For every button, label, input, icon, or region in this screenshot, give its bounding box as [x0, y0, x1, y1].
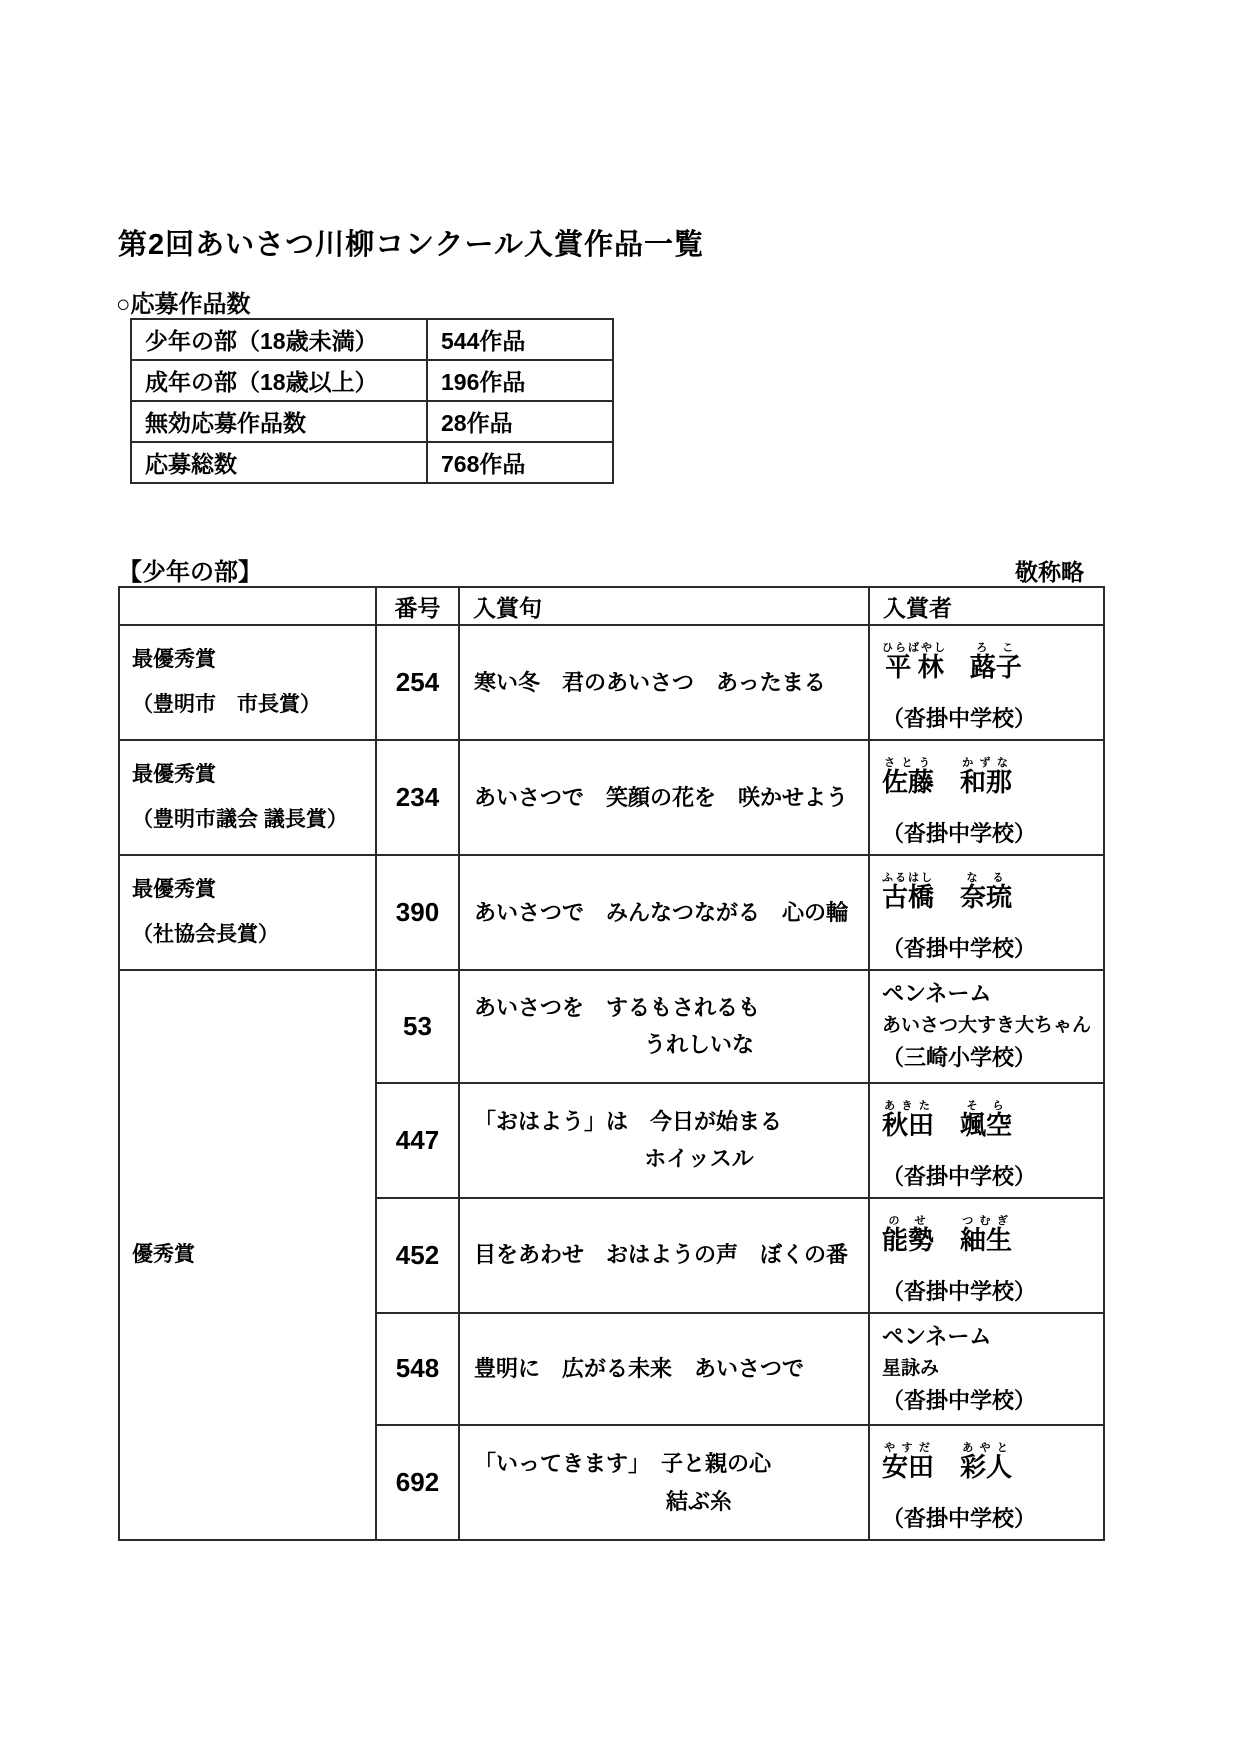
awards-table-row: 最優秀賞（豊明市 市長賞）254寒い冬 君のあいさつ あったまる平林ひらばやし …	[119, 625, 1104, 740]
winner-name: 秋田あきた 颯空そら	[882, 1100, 1091, 1142]
awards-table: 番号 入賞句 入賞者 最優秀賞（豊明市 市長賞）254寒い冬 君のあいさつ あっ…	[118, 586, 1105, 1541]
winner-name-base: 彩人	[960, 1452, 1012, 1482]
winner-furigana: さとう	[882, 757, 934, 769]
pen-name: あいさつ大すき大ちゃん	[882, 1011, 1091, 1041]
count-label: 少年の部（18歳未満）	[131, 319, 427, 360]
poem-line: 「いってきます」 子と親の心	[474, 1445, 854, 1482]
winner-name-ruby: 安田やすだ	[882, 1452, 934, 1482]
winner-name: 能勢のせ 紬生つむぎ	[882, 1215, 1091, 1257]
pen-name: 星詠み	[882, 1354, 1091, 1384]
counts-table-row: 応募総数768作品	[131, 442, 613, 483]
entry-number-cell: 452	[376, 1198, 459, 1313]
count-label: 成年の部（18歳以上）	[131, 360, 427, 401]
entry-counts-heading: ○応募作品数	[116, 284, 251, 319]
winner-furigana: ふるはし	[882, 872, 934, 884]
winner-name: 安田やすだ 彩人あやと	[882, 1442, 1091, 1484]
award-line: （社協会長賞）	[132, 913, 363, 957]
winner-name-base: 古橋	[882, 882, 934, 912]
poem-line: ホイッスル	[474, 1140, 854, 1177]
entry-number-cell: 447	[376, 1083, 459, 1198]
poem-line: あいさつを するもされるも	[474, 989, 854, 1026]
winner-furigana: のせ	[882, 1215, 934, 1227]
count-value: 196作品	[427, 360, 613, 401]
winner-cell: 古橋ふるはし 奈琉なる（沓掛中学校）	[869, 855, 1104, 970]
winner-name-base: 佐藤	[882, 767, 934, 797]
winner-name-ruby: 奈琉なる	[960, 882, 1012, 912]
award-cell: 最優秀賞（豊明市議会 議長賞）	[119, 740, 376, 855]
awards-table-row: 最優秀賞（豊明市議会 議長賞）234あいさつで 笑顔の花を 咲かせよう佐藤さとう…	[119, 740, 1104, 855]
winner-name-base: 平林	[882, 652, 947, 682]
count-value: 544作品	[427, 319, 613, 360]
award-cell: 優秀賞	[119, 970, 376, 1540]
entry-counts-table: 少年の部（18歳未満）544作品成年の部（18歳以上）196作品無効応募作品数2…	[130, 318, 614, 484]
award-line: 最優秀賞	[132, 638, 363, 682]
awards-header-row: 番号 入賞句 入賞者	[119, 587, 1104, 625]
poem-cell: 目をあわせ おはようの声 ぼくの番	[459, 1198, 869, 1313]
counts-table-row: 無効応募作品数28作品	[131, 401, 613, 442]
section-heading: 【少年の部】	[118, 552, 262, 587]
winner-school: （沓掛中学校）	[882, 817, 1091, 848]
winner-cell: ペンネームあいさつ大すき大ちゃん（三崎小学校）	[869, 970, 1104, 1083]
winner-furigana: なる	[960, 872, 1012, 884]
poem-line: 「おはよう」は 今日が始まる	[474, 1103, 854, 1140]
entry-number-cell: 390	[376, 855, 459, 970]
winner-school: （沓掛中学校）	[882, 932, 1091, 963]
entry-number-cell: 548	[376, 1313, 459, 1426]
winner-school: （沓掛中学校）	[882, 1384, 1091, 1418]
section-header-row: 【少年の部】 敬称略	[118, 552, 1084, 587]
winner-furigana: かずな	[960, 757, 1012, 769]
winner-name: 古橋ふるはし 奈琉なる	[882, 872, 1091, 914]
col-header-award	[119, 587, 376, 625]
poem-line: 豊明に 広がる未来 あいさつで	[474, 1350, 854, 1387]
honorifics-note: 敬称略	[1015, 554, 1084, 587]
counts-table-body: 少年の部（18歳未満）544作品成年の部（18歳以上）196作品無効応募作品数2…	[131, 319, 613, 483]
winner-cell: 能勢のせ 紬生つむぎ（沓掛中学校）	[869, 1198, 1104, 1313]
winner-name-ruby: 秋田あきた	[882, 1110, 934, 1140]
count-label: 応募総数	[131, 442, 427, 483]
winner-name-ruby: 颯空そら	[960, 1110, 1012, 1140]
winner-name-ruby: 彩人あやと	[960, 1452, 1012, 1482]
winner-name-ruby: 平林ひらばやし	[882, 652, 944, 682]
winner-name-base: 紬生	[960, 1225, 1012, 1255]
award-line: 優秀賞	[132, 1233, 363, 1277]
count-label: 無効応募作品数	[131, 401, 427, 442]
award-line: 最優秀賞	[132, 868, 363, 912]
award-line: 最優秀賞	[132, 753, 363, 797]
award-cell: 最優秀賞（豊明市 市長賞）	[119, 625, 376, 740]
winner-cell: 平林ひらばやし 蕗子ろこ（沓掛中学校）	[869, 625, 1104, 740]
winner-name: 佐藤さとう 和那かずな	[882, 757, 1091, 799]
winner-school: （沓掛中学校）	[882, 1502, 1091, 1533]
pen-name-label: ペンネーム	[882, 977, 1091, 1011]
winner-school: （沓掛中学校）	[882, 1275, 1091, 1306]
winner-furigana: ろこ	[970, 642, 1022, 654]
poem-line: あいさつで みんなつながる 心の輪	[474, 894, 854, 931]
winner-name-ruby: 蕗子ろこ	[970, 652, 1022, 682]
winner-furigana: そら	[960, 1100, 1012, 1112]
winner-furigana: つむぎ	[960, 1215, 1012, 1227]
poem-cell: あいさつで みんなつながる 心の輪	[459, 855, 869, 970]
winner-name-base: 能勢	[882, 1225, 934, 1255]
winner-name-base: 安田	[882, 1452, 934, 1482]
awards-table-row: 優秀賞53あいさつを するもされるもうれしいなペンネームあいさつ大すき大ちゃん（…	[119, 970, 1104, 1083]
poem-line: 寒い冬 君のあいさつ あったまる	[474, 664, 854, 701]
winner-name: 平林ひらばやし 蕗子ろこ	[882, 642, 1091, 684]
winner-school: （三崎小学校）	[882, 1041, 1091, 1075]
winner-cell: 秋田あきた 颯空そら（沓掛中学校）	[869, 1083, 1104, 1198]
poem-line: うれしいな	[474, 1026, 854, 1063]
winner-name-base: 蕗子	[970, 652, 1022, 682]
winner-name-ruby: 紬生つむぎ	[960, 1225, 1012, 1255]
awards-table-row: 最優秀賞（社協会長賞）390あいさつで みんなつながる 心の輪古橋ふるはし 奈琉…	[119, 855, 1104, 970]
poem-cell: あいさつを するもされるもうれしいな	[459, 970, 869, 1083]
col-header-poem: 入賞句	[459, 587, 869, 625]
poem-line: 目をあわせ おはようの声 ぼくの番	[474, 1236, 854, 1273]
winner-name-base: 颯空	[960, 1110, 1012, 1140]
winner-furigana: やすだ	[882, 1442, 934, 1454]
poem-cell: 「おはよう」は 今日が始まるホイッスル	[459, 1083, 869, 1198]
winner-name-ruby: 能勢のせ	[882, 1225, 934, 1255]
winner-furigana: あやと	[960, 1442, 1012, 1454]
winner-school: （沓掛中学校）	[882, 1160, 1091, 1191]
winner-furigana: ひらばやし	[882, 642, 947, 654]
page-title: 第2回あいさつ川柳コンクール入賞作品一覧	[118, 222, 704, 263]
winner-furigana: あきた	[882, 1100, 934, 1112]
awards-table-body: 最優秀賞（豊明市 市長賞）254寒い冬 君のあいさつ あったまる平林ひらばやし …	[119, 625, 1104, 1540]
poem-cell: 豊明に 広がる未来 あいさつで	[459, 1313, 869, 1426]
counts-table-row: 少年の部（18歳未満）544作品	[131, 319, 613, 360]
poem-line: 結ぶ糸	[474, 1483, 854, 1520]
entry-number-cell: 234	[376, 740, 459, 855]
winner-school: （沓掛中学校）	[882, 702, 1091, 733]
winner-name-ruby: 佐藤さとう	[882, 767, 934, 797]
col-header-winner: 入賞者	[869, 587, 1104, 625]
winner-name-ruby: 古橋ふるはし	[882, 882, 934, 912]
count-value: 768作品	[427, 442, 613, 483]
count-value: 28作品	[427, 401, 613, 442]
entry-number-cell: 692	[376, 1425, 459, 1540]
winner-name-base: 和那	[960, 767, 1012, 797]
poem-cell: 寒い冬 君のあいさつ あったまる	[459, 625, 869, 740]
award-line: （豊明市議会 議長賞）	[132, 798, 363, 842]
winner-cell: ペンネーム星詠み（沓掛中学校）	[869, 1313, 1104, 1426]
document-page: 第2回あいさつ川柳コンクール入賞作品一覧 ○応募作品数 少年の部（18歳未満）5…	[0, 0, 1241, 1754]
col-header-number: 番号	[376, 587, 459, 625]
winner-name-ruby: 和那かずな	[960, 767, 1012, 797]
counts-table-row: 成年の部（18歳以上）196作品	[131, 360, 613, 401]
winner-cell: 佐藤さとう 和那かずな（沓掛中学校）	[869, 740, 1104, 855]
winner-name-base: 秋田	[882, 1110, 934, 1140]
poem-line: あいさつで 笑顔の花を 咲かせよう	[474, 779, 854, 816]
winner-cell: 安田やすだ 彩人あやと（沓掛中学校）	[869, 1425, 1104, 1540]
award-line: （豊明市 市長賞）	[132, 683, 363, 727]
poem-cell: 「いってきます」 子と親の心結ぶ糸	[459, 1425, 869, 1540]
pen-name-label: ペンネーム	[882, 1320, 1091, 1354]
entry-number-cell: 53	[376, 970, 459, 1083]
entry-number-cell: 254	[376, 625, 459, 740]
poem-cell: あいさつで 笑顔の花を 咲かせよう	[459, 740, 869, 855]
award-cell: 最優秀賞（社協会長賞）	[119, 855, 376, 970]
winner-name-base: 奈琉	[960, 882, 1012, 912]
awards-table-head: 番号 入賞句 入賞者	[119, 587, 1104, 625]
